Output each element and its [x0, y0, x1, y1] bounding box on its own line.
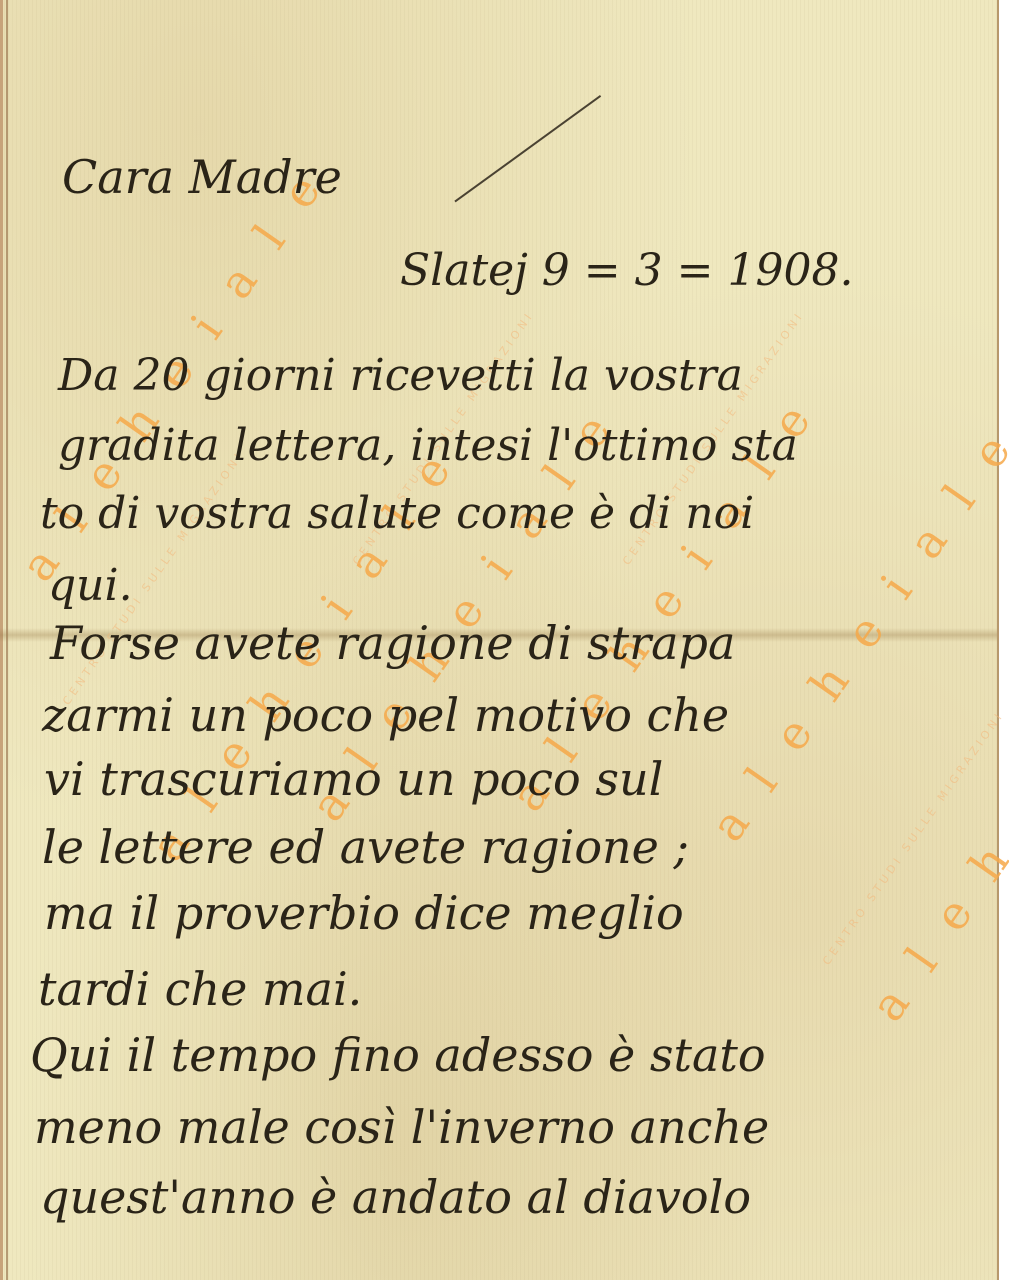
letter-line: to di vostra salute come è di noi — [40, 488, 754, 539]
letter-line: le lettere ed avete ragione ; — [42, 820, 689, 874]
salutation: Cara Madre — [62, 150, 342, 204]
letter-line: Qui il tempo fino adesso è stato — [30, 1028, 766, 1082]
letter-line: tardi che mai. — [38, 962, 362, 1016]
letter-line: Da 20 giorni ricevetti la vostra — [58, 350, 743, 401]
letter-line: Forse avete ragione di strapa — [50, 616, 735, 670]
letter-line: meno male così l'inverno anche — [34, 1100, 769, 1154]
letter-line: zarmi un poco pel motivo che — [42, 688, 729, 742]
letter-line: quest'anno è andato al diavolo — [40, 1170, 751, 1224]
letter-line: ma il proverbio dice meglio — [44, 886, 684, 940]
letter-line: gradita lettera, intesi l'ottimo sta — [58, 420, 798, 471]
letter-line: qui. — [48, 560, 133, 611]
place-date: Slatej 9 = 3 = 1908. — [400, 245, 853, 296]
letter-page: aleheiale aleheiale aleheiale aleheiale … — [0, 0, 999, 1280]
letter-line: vi trascuriamo un poco sul — [44, 752, 663, 806]
watermark: aleheiale — [860, 577, 1009, 1031]
pen-flourish — [454, 95, 601, 202]
watermark-subtext: CENTRO STUDI SULLE MIGRAZIONI — [820, 709, 1007, 968]
